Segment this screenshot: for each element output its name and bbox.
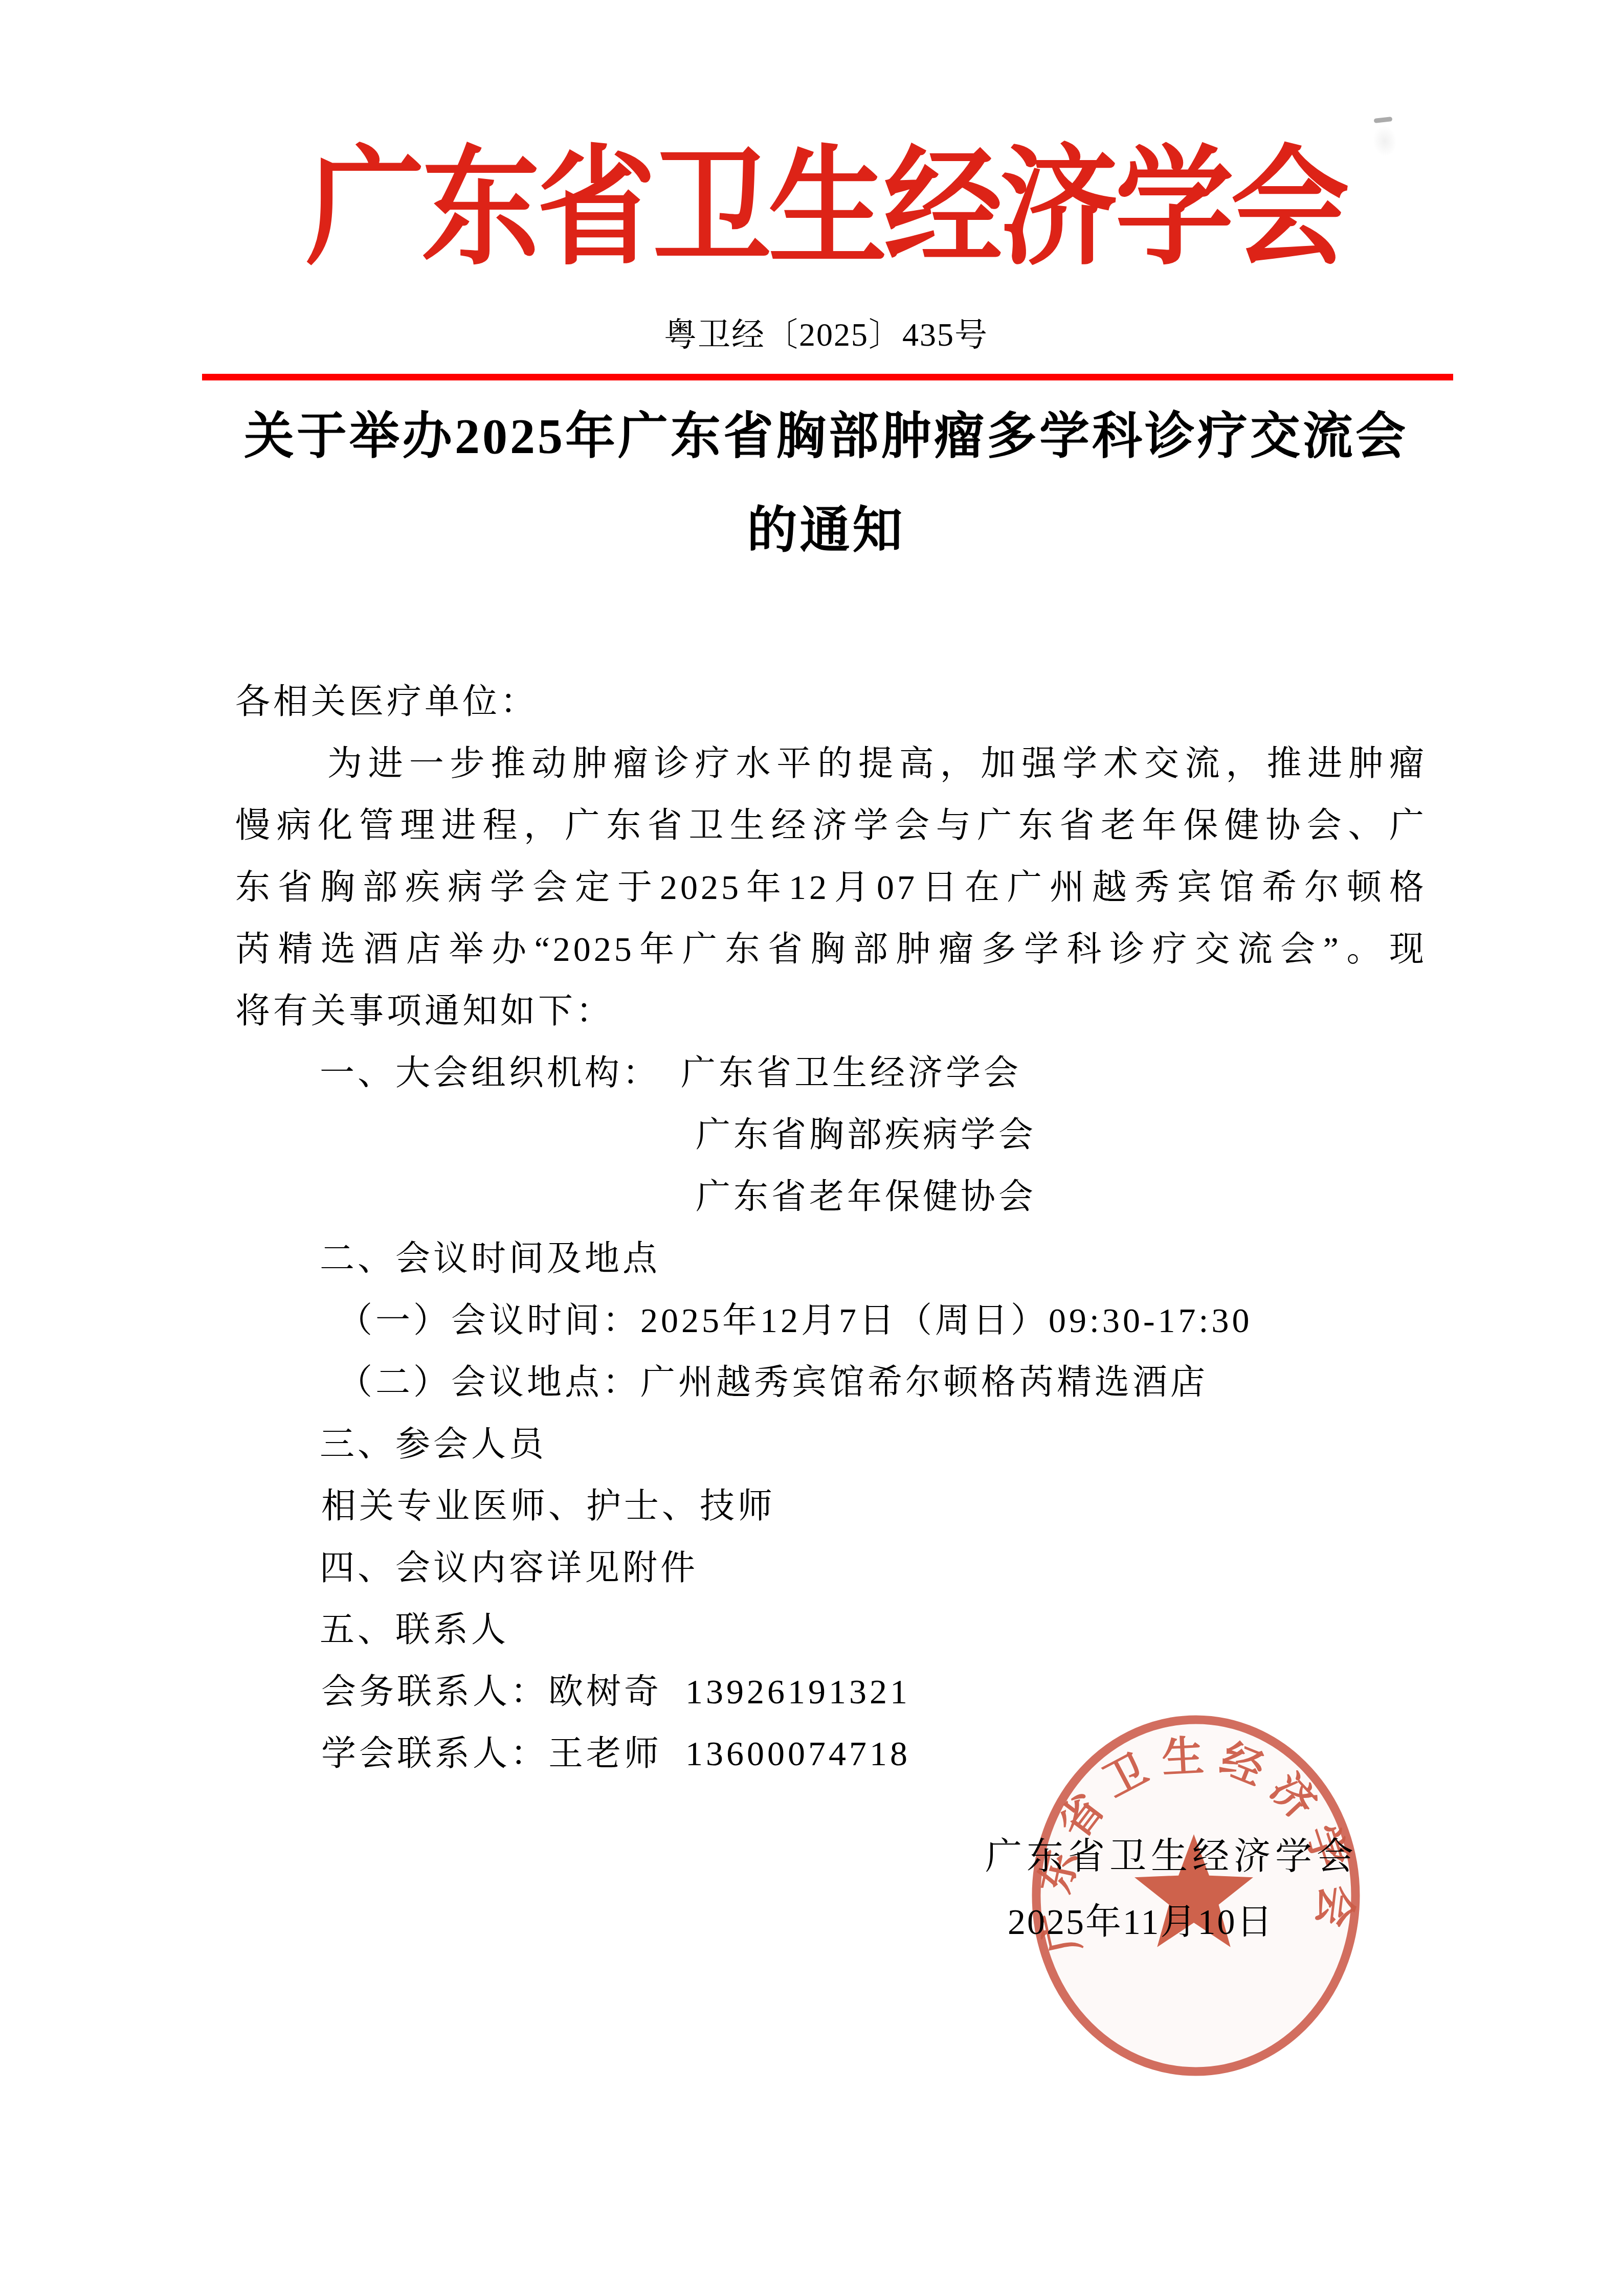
org-letterhead-calligraphy: 广东省卫生经济学会 — [199, 127, 1453, 304]
scan-smudge — [1374, 117, 1393, 123]
body-line-meeting-location: （二）会议地点：广州越秀宾馆希尔顿格芮精选酒店 — [338, 1352, 1427, 1413]
body-line: 将有关事项通知如下： — [235, 980, 1427, 1042]
body-line-item-4: 四、会议内容详见附件 — [320, 1537, 1427, 1599]
official-seal: 广东省卫生经济学会 — [1022, 1705, 1370, 2084]
body-line-item-2: 二、会议时间及地点 — [320, 1228, 1427, 1290]
notice-body: 各相关医疗单位： 为进一步推动肿瘤诊疗水平的提高，加强学术交流，推进肿瘤 慢病化… — [235, 671, 1427, 1785]
red-divider-line — [202, 374, 1453, 380]
body-line-item-3: 三、参会人员 — [320, 1413, 1427, 1475]
signature-org: 广东省卫生经济学会 — [985, 1835, 1358, 1878]
signature-date: 2025年11月10日 — [1008, 1901, 1274, 1944]
body-line-item-1: 一、大会组织机构： 广东省卫生经济学会 — [320, 1042, 1427, 1104]
body-line: 芮精选酒店举办“2025年广东省胸部肿瘤多学科诊疗交流会”。现 — [235, 918, 1427, 980]
body-line-attendees: 相关专业医师、护士、技师 — [321, 1475, 1427, 1537]
body-line: 为进一步推动肿瘤诊疗水平的提高，加强学术交流，推进肿瘤 — [327, 733, 1427, 795]
doc-number: 粤卫经〔2025〕435号 — [199, 313, 1453, 357]
notice-title-line2: 的通知 — [184, 501, 1468, 560]
body-line: 慢病化管理进程，广东省卫生经济学会与广东省老年保健协会、广 — [235, 795, 1427, 857]
body-line: 东省胸部疾病学会定于2025年12月07日在广州越秀宾馆希尔顿格 — [235, 857, 1427, 918]
body-line-organizer: 广东省胸部疾病学会 — [696, 1104, 1427, 1166]
notice-title-line1: 关于举办2025年广东省胸部肿瘤多学科诊疗交流会 — [184, 407, 1468, 466]
body-line-meeting-time: （一）会议时间：2025年12月7日（周日）09:30-17:30 — [338, 1290, 1427, 1352]
body-line-organizer: 广东省老年保健协会 — [696, 1166, 1427, 1228]
notice-page: 广东省卫生经济学会 粤卫经〔2025〕435号 关于举办2025年广东省胸部肿瘤… — [0, 0, 1624, 2296]
body-line-item-5: 五、联系人 — [320, 1599, 1427, 1661]
body-line-salutation: 各相关医疗单位： — [235, 671, 1427, 733]
